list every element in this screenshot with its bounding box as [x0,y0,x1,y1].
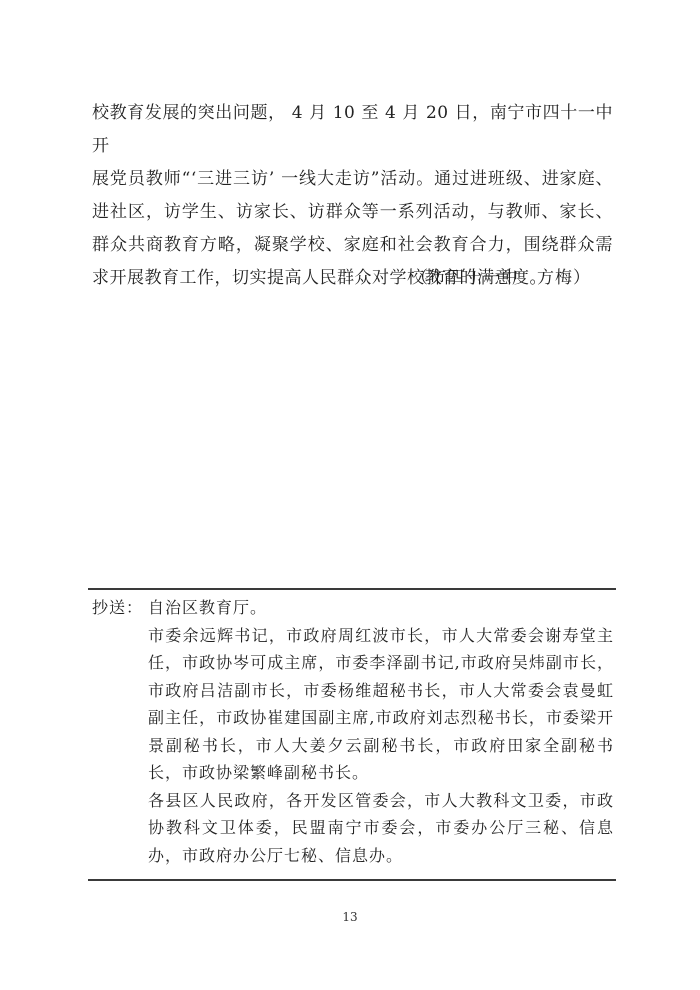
paragraph-line: 校教育发展的突出问题， 4 月 10 至 4 月 20 日，南宁市四十一中开 [92,97,613,163]
cc-item: 市委余远辉书记，市政府周红波市长，市人大常委会谢寿堂主任，市政协岑可成主席，市委… [148,622,614,787]
paragraph-line: 展党员教师“‘三进三访’ 一线大走访”活动。通过进班级、进家庭、 [92,163,613,196]
paragraph-line: 群众共商教育方略，凝聚学校、家庭和社会教育合力，围绕群众需 [92,229,613,262]
page-number: 13 [0,910,700,924]
cc-separator-top [88,588,616,590]
cc-item: 自治区教育厅。 [148,594,614,622]
cc-item: 各县区人民政府，各开发区管委会，市人大教科文卫委，市政协教科文卫体委，民盟南宁市… [148,787,614,870]
cc-list: 自治区教育厅。市委余远辉书记，市政府周红波市长，市人大常委会谢寿堂主任，市政协岑… [148,594,614,869]
paragraph-line: 进社区，访学生、访家长、访群众等一系列活动，与教师、家长、 [92,196,613,229]
cc-label: 抄送： [92,594,143,622]
cc-separator-bottom [88,879,616,881]
document-page: 校教育发展的突出问题， 4 月 10 至 4 月 20 日，南宁市四十一中开展党… [0,0,700,990]
signature-line: （市四十一中 方梅） [92,262,613,295]
